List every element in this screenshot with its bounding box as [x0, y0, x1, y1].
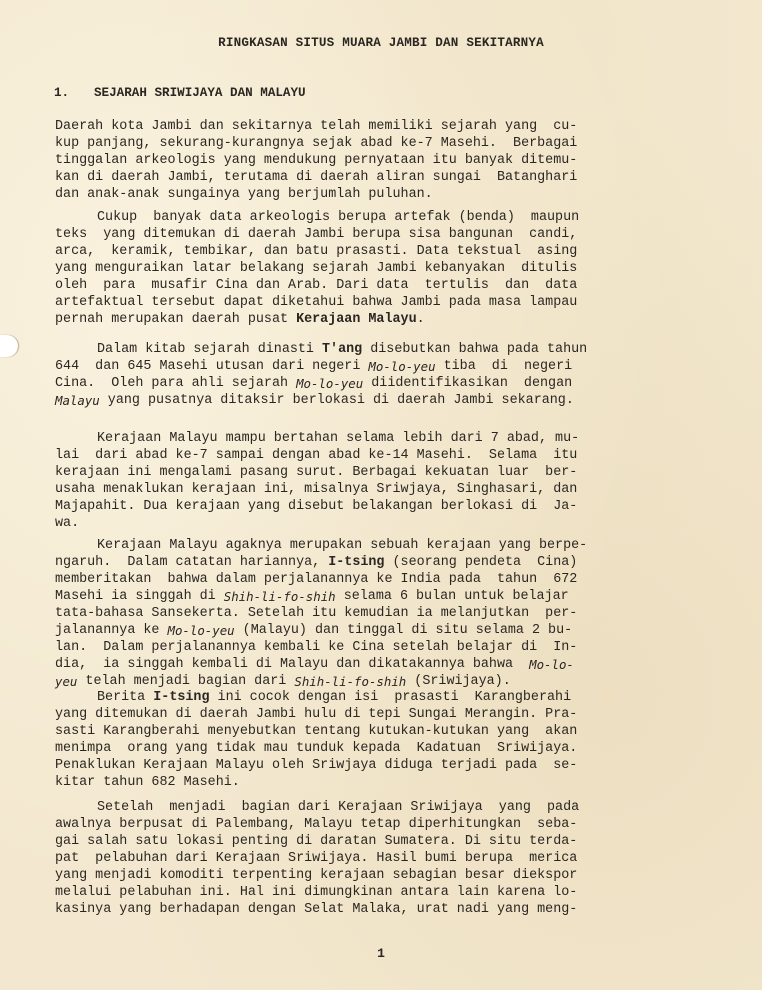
text-fragment: disebutkan bahwa pada tahun [362, 341, 587, 358]
paragraph-3: Dalam kitab sejarah dinasti T'ang disebu… [55, 341, 685, 409]
text-fragment: Dalam kitab sejarah dinasti [97, 341, 322, 358]
text-line: kasinya yang berhadapan dengan Selat Mal… [55, 901, 577, 918]
text-line: dan anak-anak sungainya yang berjumlah p… [55, 186, 433, 203]
text-line: yang ditemukan di daerah Jambi hulu di t… [55, 706, 577, 723]
text-line: lan. Dalam perjalanannya kembali ke Cina… [55, 639, 577, 656]
text-line: yang menjadi komoditi terpenting kerajaa… [55, 867, 577, 884]
text-fragment: dia, ia singgah kembali di Malayu dan di… [55, 656, 529, 673]
text-line: kerajaan ini mengalami pasang surut. Ber… [55, 464, 577, 481]
text-line: kup panjang, sekurang-kurangnya sejak ab… [55, 135, 577, 152]
text-line: menimpa orang yang tidak mau tunduk kepa… [55, 740, 577, 757]
paragraph-5: Kerajaan Malayu agaknya merupakan sebuah… [55, 537, 685, 690]
text-line: kan di daerah Jambi, terutama di daerah … [55, 169, 577, 186]
text-line: Setelah menjadi bagian dari Kerajaan Sri… [97, 799, 579, 816]
text-fragment: ini cocok dengan isi prasasti Karangbera… [210, 689, 572, 706]
text-fragment: (Malayu) dan tinggal di situ selama 2 bu… [235, 622, 573, 639]
italic-term: Mo-lo- [529, 656, 574, 673]
text-line: lai dari abad ke-7 sampai dengan abad ke… [55, 447, 577, 464]
text-line: oleh para musafir Cina dan Arab. Dari da… [55, 277, 577, 294]
bold-term: Kerajaan Malayu [296, 311, 417, 328]
italic-term: Malayu [55, 392, 100, 409]
text-fragment: Masehi ia singgah di [55, 588, 224, 605]
text-line: teks yang ditemukan di daerah Jambi beru… [55, 226, 577, 243]
text-line: Cukup banyak data arkeologis berupa arte… [97, 209, 579, 226]
text-line: usaha menaklukan kerajaan ini, misalnya … [55, 481, 577, 498]
italic-term: Shih-li-fo-shih [224, 588, 336, 605]
text-line: Kerajaan Malayu agaknya merupakan sebuah… [97, 537, 587, 554]
text-line: Penaklukan Kerajaan Malayu oleh Sriwjaya… [55, 757, 577, 774]
text-line: Daerah kota Jambi dan sekitarnya telah m… [55, 118, 577, 135]
document-page: RINGKASAN SITUS MUARA JAMBI DAN SEKITARN… [0, 0, 762, 990]
italic-term: Mo-lo-yeu [168, 622, 235, 639]
paragraph-7: Setelah menjadi bagian dari Kerajaan Sri… [55, 799, 685, 918]
italic-term: Shih-li-fo-shih [294, 673, 406, 690]
paragraph-1: Daerah kota Jambi dan sekitarnya telah m… [55, 118, 685, 203]
paragraph-4: Kerajaan Malayu mampu bertahan selama le… [55, 430, 685, 532]
text-fragment: tiba di negeri [436, 358, 573, 375]
text-line: arca, keramik, tembikar, dan batu prasas… [55, 243, 577, 260]
text-line: yang menguraikan latar belakang sejarah … [55, 260, 577, 277]
punch-hole [0, 335, 18, 357]
italic-term: Mo-lo-yeu [296, 375, 363, 392]
text-line: sasti Karangberahi menyebutkan tentang k… [55, 723, 577, 740]
section-title: SEJARAH SRIWIJAYA DAN MALAYU [94, 86, 306, 100]
text-line: melalui pelabuhan ini. Hal ini dimungkin… [55, 884, 577, 901]
text-fragment: ngaruh. Dalam catatan hariannya, [55, 554, 328, 571]
text-fragment: diidentifikasikan dengan [363, 375, 572, 392]
paragraph-2: Cukup banyak data arkeologis berupa arte… [55, 209, 685, 328]
text-fragment: . [417, 311, 425, 328]
text-fragment: 644 dan 645 Masehi utusan dari negeri [55, 358, 368, 375]
text-line: artefaktual tersebut dapat diketahui bah… [55, 294, 577, 311]
text-fragment: selama 6 bulan untuk belajar [336, 588, 569, 605]
text-fragment: yang pusatnya ditaksir berlokasi di daer… [100, 392, 574, 409]
page-number: 1 [0, 946, 762, 961]
text-line: Kerajaan Malayu mampu bertahan selama le… [97, 430, 579, 447]
section-heading: 1.SEJARAH SRIWIJAYA DAN MALAYU [54, 86, 306, 100]
bold-term: I-tsing [153, 689, 209, 706]
text-line: gai salah satu lokasi penting di daratan… [55, 833, 577, 850]
italic-term: yeu [55, 673, 77, 690]
text-fragment: jalanannya ke [55, 622, 168, 639]
bold-term: I-tsing [328, 554, 384, 571]
text-line: tinggalan arkeologis yang mendukung pern… [55, 152, 577, 169]
bold-term: T'ang [322, 341, 362, 358]
text-line: memberitakan bahwa dalam perjalanannya k… [55, 571, 577, 588]
paragraph-6: Berita I-tsing ini cocok dengan isi pras… [55, 689, 685, 791]
text-fragment: (seorang pendeta Cina) [384, 554, 577, 571]
text-line: wa. [55, 515, 79, 532]
text-fragment: (Sriwijaya). [406, 673, 510, 690]
text-line: pat pelabuhan dari Kerajaan Sriwijaya. H… [55, 850, 577, 867]
document-title: RINGKASAN SITUS MUARA JAMBI DAN SEKITARN… [0, 36, 762, 50]
text-fragment: Berita [97, 689, 153, 706]
text-line: tata-bahasa Sansekerta. Setelah itu kemu… [55, 605, 577, 622]
text-line: pernah merupakan daerah pusat [55, 311, 296, 328]
text-line: awalnya berpusat di Palembang, Malayu te… [55, 816, 577, 833]
text-fragment: telah menjadi bagian dari [77, 673, 294, 690]
text-line: kitar tahun 682 Masehi. [55, 774, 240, 791]
section-number: 1. [54, 86, 94, 100]
text-fragment: Cina. Oleh para ahli sejarah [55, 375, 296, 392]
italic-term: Mo-lo-yeu [368, 358, 435, 375]
text-line: Majapahit. Dua kerajaan yang disebut bel… [55, 498, 577, 515]
